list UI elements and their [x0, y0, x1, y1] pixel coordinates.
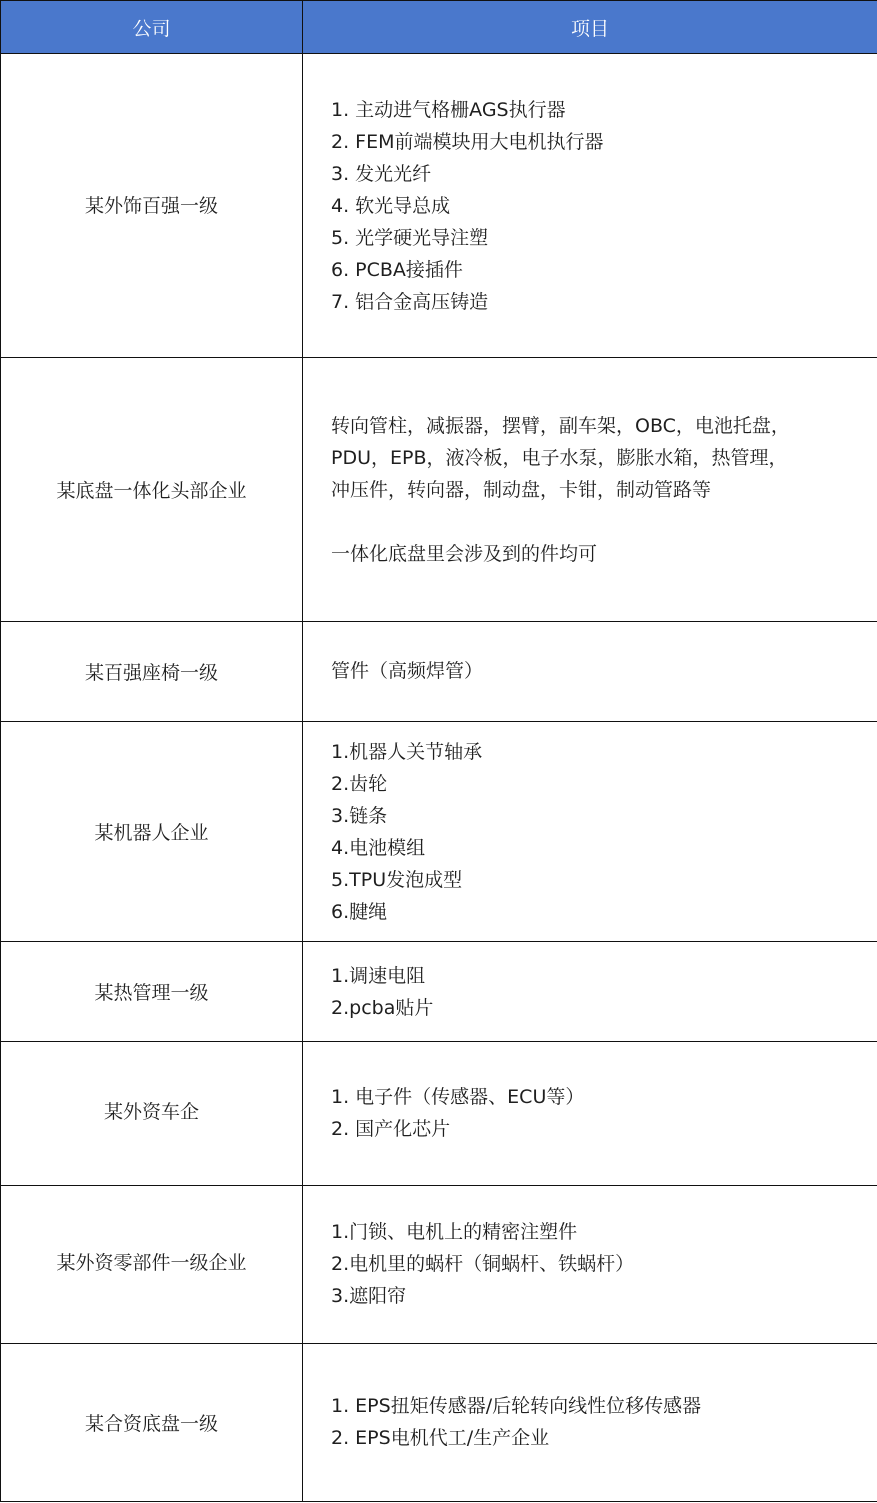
item-line: 1.门锁、电机上的精密注塑件	[331, 1216, 877, 1248]
items-cell: 1.机器人关节轴承 2.齿轮 3.链条 4.电池模组 5.TPU发泡成型 6.腱…	[303, 722, 877, 942]
item-line: 3.链条	[331, 800, 877, 832]
items-cell: 1.门锁、电机上的精密注塑件 2.电机里的蜗杆（铜蜗杆、铁蜗杆） 3.遮阳帘	[303, 1186, 877, 1344]
items-cell: 1.调速电阻 2.pcba贴片	[303, 942, 877, 1042]
items-cell: 转向管柱，减振器，摆臂，副车架，OBC，电池托盘， PDU，EPB，液冷板，电子…	[303, 358, 877, 622]
header-row: 公司 项目	[1, 1, 877, 54]
item-line: 2.电机里的蜗杆（铜蜗杆、铁蜗杆）	[331, 1248, 877, 1280]
company-cell: 某机器人企业	[1, 722, 303, 942]
table-row: 某百强座椅一级 管件（高频焊管）	[1, 622, 877, 722]
item-line: 1.调速电阻	[331, 960, 877, 992]
item-line: 2. 国产化芯片	[331, 1113, 877, 1145]
item-line: 2.pcba贴片	[331, 992, 877, 1024]
company-projects-table: 公司 项目 某外饰百强一级 1. 主动进气格栅AGS执行器 2. FEM前端模块…	[0, 0, 877, 1502]
items-cell: 1. 电子件（传感器、ECU等） 2. 国产化芯片	[303, 1042, 877, 1186]
company-cell: 某底盘一体化头部企业	[1, 358, 303, 622]
item-line: 7. 铝合金高压铸造	[331, 286, 877, 318]
item-line: 4. 软光导总成	[331, 190, 877, 222]
table-row: 某外资零部件一级企业 1.门锁、电机上的精密注塑件 2.电机里的蜗杆（铜蜗杆、铁…	[1, 1186, 877, 1344]
company-cell: 某合资底盘一级	[1, 1344, 303, 1502]
item-line: 6.腱绳	[331, 896, 877, 928]
item-line: 1. 电子件（传感器、ECU等）	[331, 1081, 877, 1113]
header-items: 项目	[303, 1, 877, 54]
item-line: 2. EPS电机代工/生产企业	[331, 1422, 877, 1454]
items-cell: 1. 主动进气格栅AGS执行器 2. FEM前端模块用大电机执行器 3. 发光光…	[303, 54, 877, 358]
company-cell: 某外饰百强一级	[1, 54, 303, 358]
item-line: 1.机器人关节轴承	[331, 736, 877, 768]
table-row: 某外饰百强一级 1. 主动进气格栅AGS执行器 2. FEM前端模块用大电机执行…	[1, 54, 877, 358]
item-line: 5.TPU发泡成型	[331, 864, 877, 896]
table-row: 某合资底盘一级 1. EPS扭矩传感器/后轮转向线性位移传感器 2. EPS电机…	[1, 1344, 877, 1502]
item-line: 管件（高频焊管）	[331, 655, 877, 687]
company-cell: 某外资零部件一级企业	[1, 1186, 303, 1344]
item-line: 2.齿轮	[331, 768, 877, 800]
table-row: 某热管理一级 1.调速电阻 2.pcba贴片	[1, 942, 877, 1042]
item-line: 3. 发光光纤	[331, 158, 877, 190]
table-row: 某外资车企 1. 电子件（传感器、ECU等） 2. 国产化芯片	[1, 1042, 877, 1186]
item-line: 4.电池模组	[331, 832, 877, 864]
item-line: 1. EPS扭矩传感器/后轮转向线性位移传感器	[331, 1390, 877, 1422]
item-line: 一体化底盘里会涉及到的件均可	[331, 538, 877, 570]
table-row: 某机器人企业 1.机器人关节轴承 2.齿轮 3.链条 4.电池模组 5.TPU发…	[1, 722, 877, 942]
company-cell: 某热管理一级	[1, 942, 303, 1042]
company-cell: 某外资车企	[1, 1042, 303, 1186]
company-cell: 某百强座椅一级	[1, 622, 303, 722]
item-line: 6. PCBA接插件	[331, 254, 877, 286]
item-line: 转向管柱，减振器，摆臂，副车架，OBC，电池托盘，	[331, 410, 877, 442]
item-line: 冲压件，转向器，制动盘，卡钳，制动管路等	[331, 474, 877, 506]
item-line: 5. 光学硬光导注塑	[331, 222, 877, 254]
header-company: 公司	[1, 1, 303, 54]
item-line: 3.遮阳帘	[331, 1280, 877, 1312]
items-cell: 管件（高频焊管）	[303, 622, 877, 722]
items-cell: 1. EPS扭矩传感器/后轮转向线性位移传感器 2. EPS电机代工/生产企业	[303, 1344, 877, 1502]
item-line: 2. FEM前端模块用大电机执行器	[331, 126, 877, 158]
item-line: 1. 主动进气格栅AGS执行器	[331, 94, 877, 126]
item-line: PDU，EPB，液冷板，电子水泵，膨胀水箱，热管理，	[331, 442, 877, 474]
blank-line	[331, 506, 877, 538]
table-row: 某底盘一体化头部企业 转向管柱，减振器，摆臂，副车架，OBC，电池托盘， PDU…	[1, 358, 877, 622]
